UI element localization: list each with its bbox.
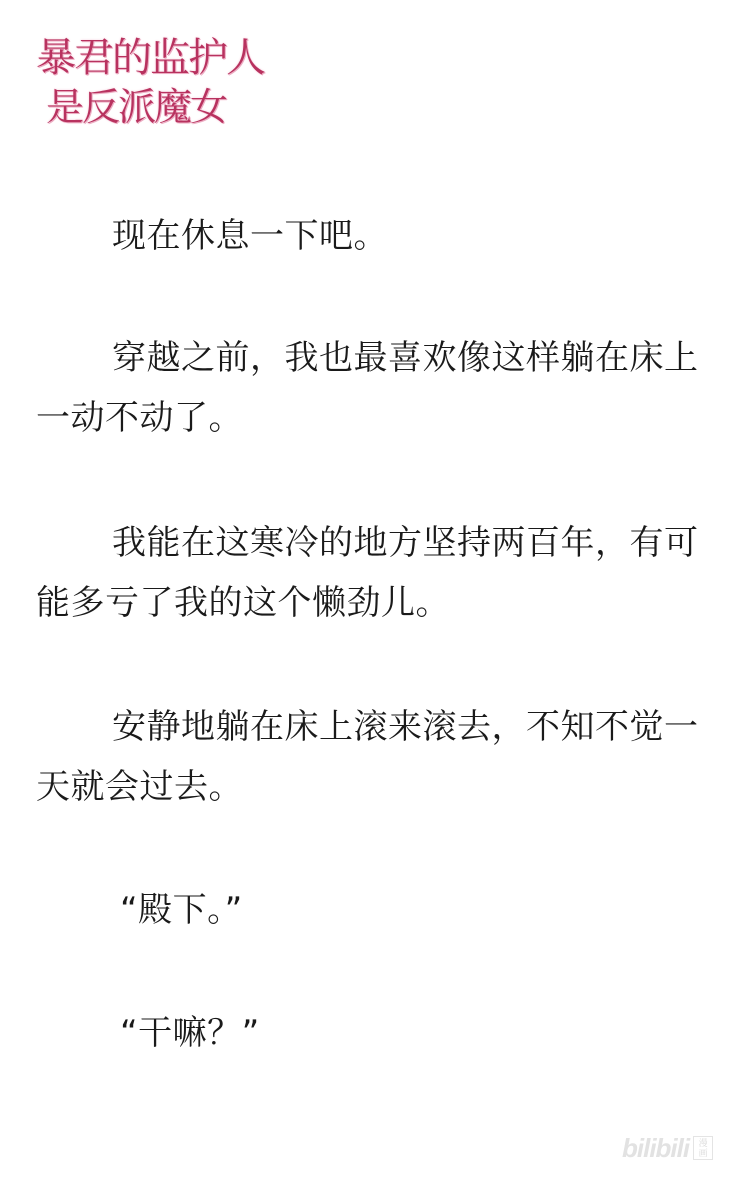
dialogue-1: “殿下。”: [36, 880, 726, 940]
paragraph-2: 穿越之前，我也最喜欢像这样躺在床上一动不动了。: [36, 328, 726, 448]
paragraph-4: 安静地躺在床上滚来滚去，不知不觉一天就会过去。: [36, 697, 726, 817]
paragraph-3: 我能在这寒冷的地方坚持两百年，有可能多亏了我的这个懒劲儿。: [36, 513, 726, 633]
logo-title-line-2: 是反派魔女: [46, 76, 226, 131]
bilibili-watermark: bilibili 漫画: [622, 1128, 722, 1168]
logo-title-line-1: 暴君的监护人: [36, 26, 264, 83]
dialogue-2: “干嘛？”: [36, 1003, 726, 1063]
paragraph-1: 现在休息一下吧。: [36, 206, 726, 266]
comic-title-logo: 暴君的监护人 是反派魔女: [34, 26, 264, 126]
watermark-logo-text: bilibili: [622, 1133, 689, 1164]
watermark-badge: 漫画: [693, 1136, 713, 1160]
